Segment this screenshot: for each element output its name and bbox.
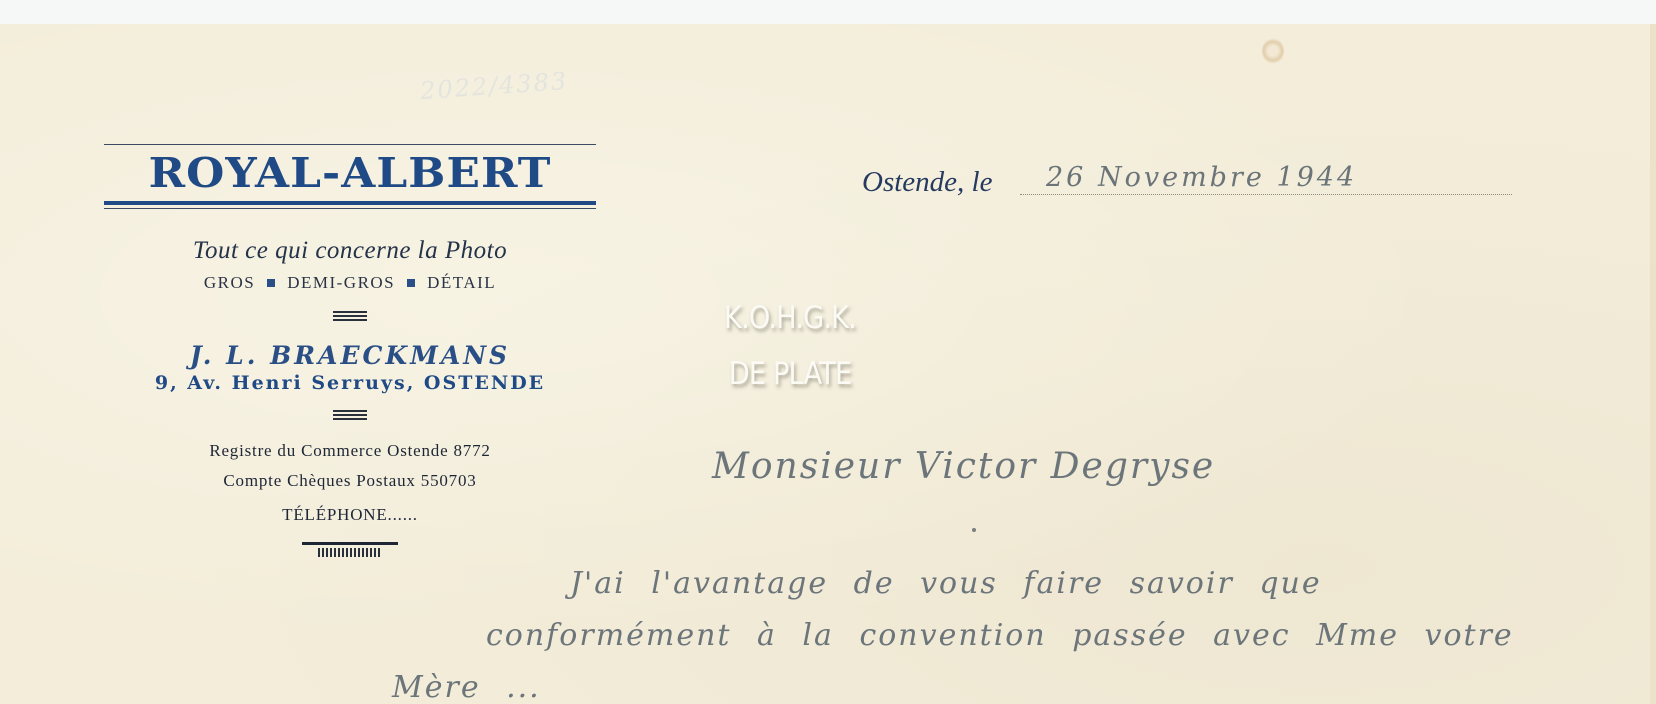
scan-top-margin bbox=[0, 0, 1656, 24]
divider-ornament-icon bbox=[333, 410, 367, 420]
letter-line-3: Mère ... bbox=[392, 670, 541, 704]
date-line: Ostende, le 26 Novembre 1944 bbox=[862, 166, 1512, 206]
paper-edge bbox=[1650, 24, 1656, 704]
handwritten-date: 26 Novembre 1944 bbox=[1046, 162, 1357, 193]
footer-ornament-icon bbox=[302, 542, 398, 557]
watermark: K.O.H.G.K. DE PLATE bbox=[702, 290, 878, 402]
tagline: Tout ce qui concerne la Photo bbox=[104, 237, 596, 265]
paper-stain bbox=[1262, 38, 1284, 64]
salutation: Monsieur Victor Degryse bbox=[712, 446, 1215, 487]
date-day: 26 bbox=[1046, 162, 1086, 193]
square-bullet-icon bbox=[407, 279, 415, 287]
date-month: Novembre bbox=[1098, 162, 1265, 193]
brand-underline-thin bbox=[104, 208, 596, 209]
square-bullet-icon bbox=[267, 279, 275, 287]
letter-line-2: conformément à la convention passée avec… bbox=[486, 618, 1514, 653]
watermark-line2: DE PLATE bbox=[702, 346, 878, 402]
divider-ornament-icon bbox=[333, 311, 367, 321]
telephone: TÉLÉPHONE...... bbox=[104, 500, 596, 530]
commerce-registry: Registre du Commerce Ostende 8772 bbox=[104, 436, 596, 466]
date-year: 1944 bbox=[1276, 162, 1357, 193]
trade-types: GROS DEMI-GROS DÉTAIL bbox=[104, 273, 596, 293]
postal-account: Compte Chèques Postaux 550703 bbox=[104, 466, 596, 496]
date-prefix: Ostende, le bbox=[862, 166, 992, 199]
trade-demi-gros: DEMI-GROS bbox=[287, 273, 395, 293]
trade-gros: GROS bbox=[204, 273, 255, 293]
letterhead: ROYAL-ALBERT Tout ce qui concerne la Pho… bbox=[104, 144, 596, 557]
address: 9, Av. Henri Serruys, OSTENDE bbox=[104, 372, 596, 394]
letter-line-1: J'ai l'avantage de vous faire savoir que bbox=[570, 566, 1322, 601]
watermark-line1: K.O.H.G.K. bbox=[702, 290, 878, 346]
ink-dot bbox=[972, 528, 976, 532]
trade-detail: DÉTAIL bbox=[427, 273, 496, 293]
date-dotted-line bbox=[1020, 194, 1512, 195]
brand-name: ROYAL-ALBERT bbox=[87, 145, 613, 201]
owner-name: J. L. BRAECKMANS bbox=[104, 341, 596, 370]
brand-underline-thick bbox=[104, 201, 596, 205]
